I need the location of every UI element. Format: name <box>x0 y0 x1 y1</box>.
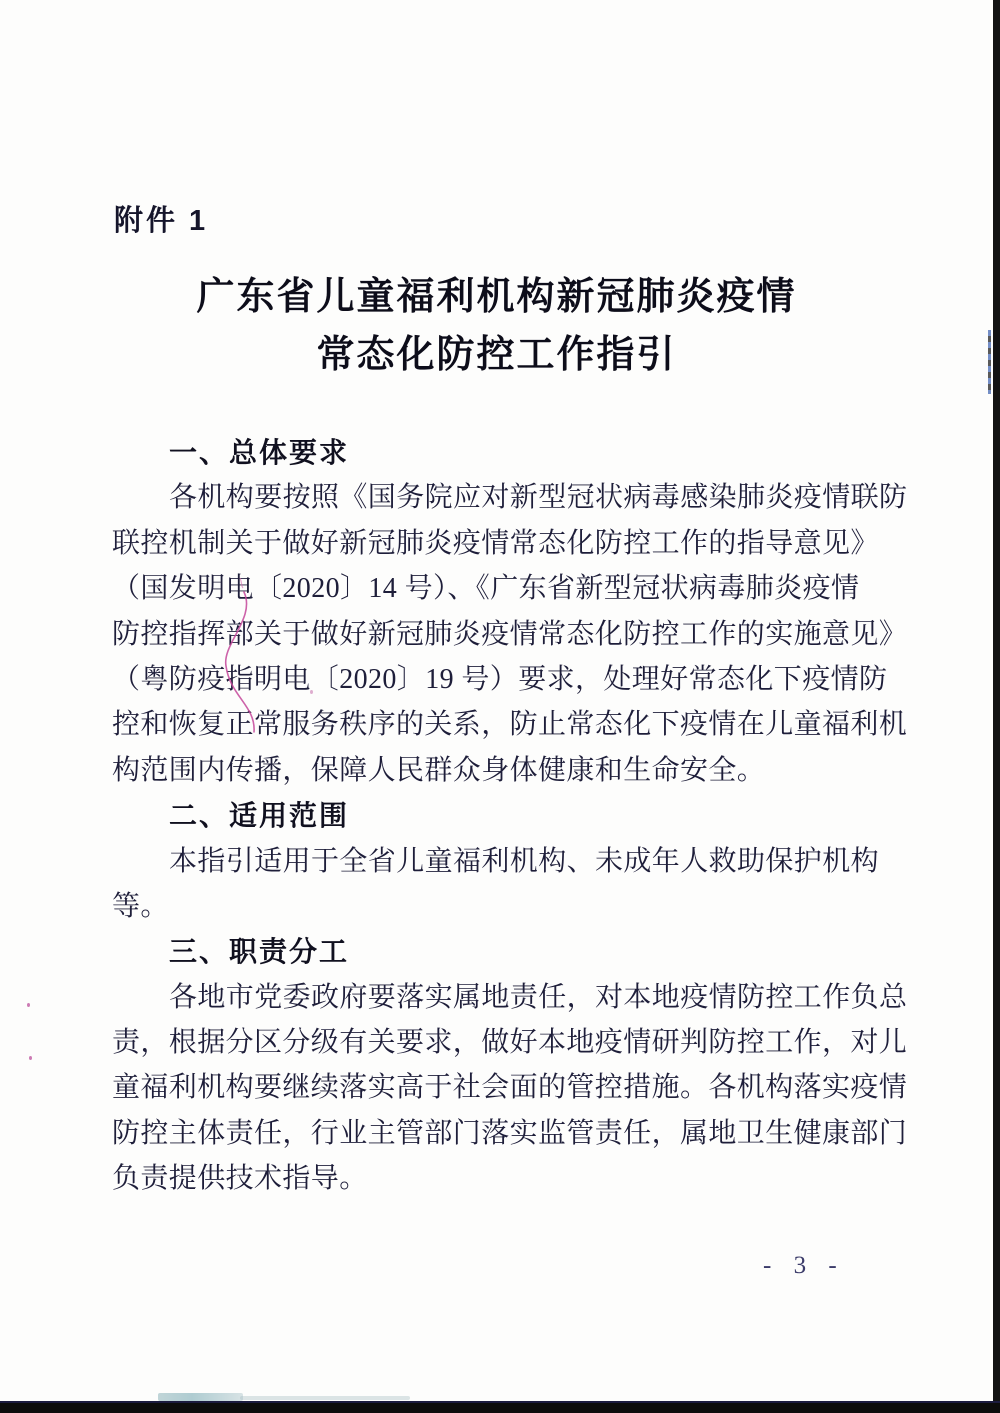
text-line: 一、总体要求 <box>112 430 912 475</box>
text-line: 负责提供技术指导。 <box>112 1156 912 1201</box>
text-line: 三、职责分工 <box>112 929 912 974</box>
pink-speck-2 <box>29 1056 32 1060</box>
text-line: 防控主体责任，行业主管部门落实监管责任，属地卫生健康部门 <box>112 1111 912 1156</box>
scan-edge-right <box>993 0 1000 1413</box>
text-line: 各机构要按照《国务院应对新型冠状病毒感染肺炎疫情联防 <box>112 475 912 520</box>
text-line: 责，根据分区分级有关要求，做好本地疫情研判防控工作，对儿 <box>112 1020 912 1065</box>
document-title-line-1: 广东省儿童福利机构新冠肺炎疫情 <box>0 268 993 326</box>
attachment-label: 附件 1 <box>114 198 208 239</box>
document-body: 一、总体要求各机构要按照《国务院应对新型冠状病毒感染肺炎疫情联防联控机制关于做好… <box>112 430 912 1202</box>
text-line: 本指引适用于全省儿童福利机构、未成年人救助保护机构 <box>112 839 912 884</box>
scan-edge-bottom <box>0 1401 1000 1413</box>
scanned-document-page: 附件 1 广东省儿童福利机构新冠肺炎疫情 常态化防控工作指引 一、总体要求各机构… <box>0 0 1000 1413</box>
document-title-line-2: 常态化防控工作指引 <box>0 326 993 384</box>
scan-smudge-light <box>240 1396 410 1400</box>
text-line: 童福利机构要继续落实高于社会面的管控措施。各机构落实疫情 <box>112 1065 912 1110</box>
scan-edge-noise <box>988 330 991 394</box>
text-line: 等。 <box>112 884 912 929</box>
scan-smudge <box>158 1393 243 1401</box>
pink-speck-1 <box>27 1003 30 1007</box>
pink-pen-mark <box>210 560 310 760</box>
text-line: 各地市党委政府要落实属地责任，对本地疫情防控工作负总 <box>112 975 912 1020</box>
text-line: 二、适用范围 <box>112 793 912 838</box>
document-title: 广东省儿童福利机构新冠肺炎疫情 常态化防控工作指引 <box>0 268 993 384</box>
pink-speck-3 <box>310 690 313 694</box>
page-number: - 3 - <box>763 1252 839 1280</box>
